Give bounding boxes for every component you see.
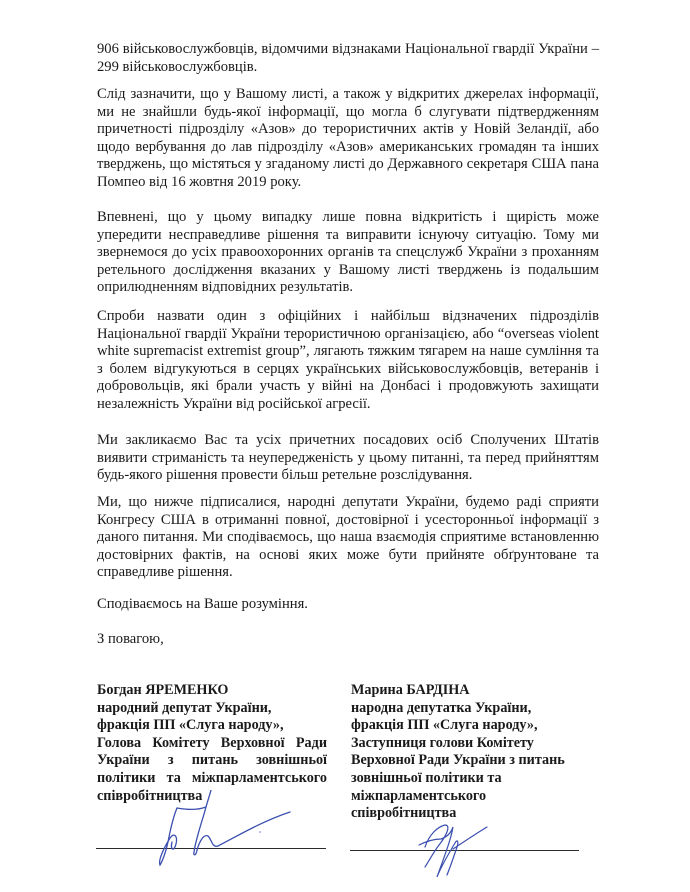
signatory-title-line: зовнішньої політики та: [351, 770, 591, 788]
signatory-left: Богдан ЯРЕМЕНКО народний депутат України…: [97, 682, 327, 805]
signatory-title-line: фракція ПП «Слуга народу»,: [351, 717, 591, 735]
signatory-title-line: політики та міжпарламентського: [97, 770, 327, 788]
signatory-title-line: фракція ПП «Слуга народу»,: [97, 717, 327, 735]
letter-page: 906 військовослужбовців, відомчими відзн…: [0, 0, 690, 892]
signatory-title-line: Верховної Ради України з питань: [351, 752, 591, 770]
paragraph-6: Ми, що нижче підписалися, народні депута…: [97, 494, 599, 582]
signatory-title-line: народна депутатка України,: [351, 700, 591, 718]
signatory-name: Богдан ЯРЕМЕНКО: [97, 682, 327, 700]
signatory-name: Марина БАРДІНА: [351, 682, 591, 700]
signatory-title-line: України з питань зовнішньої: [97, 752, 327, 770]
closing: З повагою,: [97, 631, 599, 649]
signatory-title-line: Голова Комітету Верховної Ради: [97, 735, 327, 753]
paragraph-3: Впевнені, що у цьому випадку лише повна …: [97, 209, 599, 297]
signatory-title-line: народний депутат України,: [97, 700, 327, 718]
paragraph-2: Слід зазначити, що у Вашому листі, а так…: [97, 86, 599, 192]
signatory-title-line: міжпарламентського: [351, 788, 591, 806]
signature-icon-left: [150, 790, 330, 870]
paragraph-4: Спроби назвати один з офіційних і найбіл…: [97, 308, 599, 414]
paragraph-5: Ми закликаємо Вас та усіх причетних поса…: [97, 432, 599, 485]
paragraph-7: Сподіваємось на Ваше розуміння.: [97, 596, 599, 614]
signature-icon-right: [405, 815, 505, 892]
signatory-title-line: Заступниця голови Комітету: [351, 735, 591, 753]
paragraph-1: 906 військовослужбовців, відомчими відзн…: [97, 41, 599, 76]
signatory-right: Марина БАРДІНА народна депутатка України…: [351, 682, 591, 823]
